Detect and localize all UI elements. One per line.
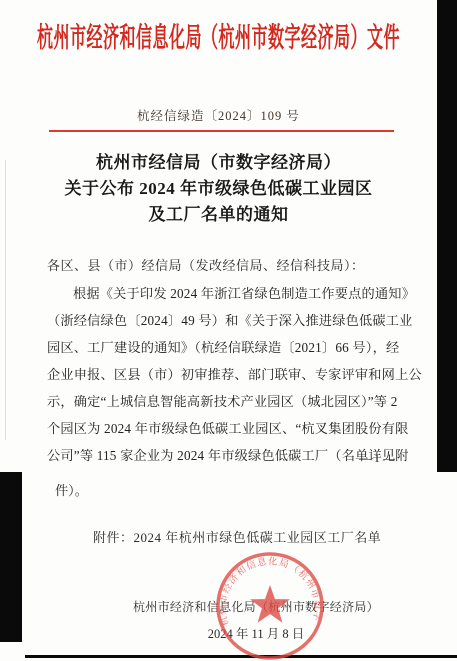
body-line: 个园区为 2024 年市级绿色低碳工业园区、“杭叉集团股份有限 [47,415,405,442]
title-line-3: 及工厂名单的通知 [0,202,437,228]
title-line-2: 关于公布 2024 年市级绿色低碳工业园区 [0,176,437,202]
photo-edge-left-page2 [0,472,22,642]
body-paragraph: 根据《关于印发 2024 年浙江省绿色制造工作要点的通知》 （浙经信绿色〔202… [47,280,405,469]
page-number: — 1 — [300,451,395,466]
red-separator-rule [49,130,394,132]
body-line: 根据《关于印发 2024 年浙江省绿色制造工作要点的通知》 [47,280,405,307]
official-seal: 杭州市经济和信息化局（杭州市数字经济局） [213,549,327,661]
body-line: 示，确定“上城信息智能高新技术产业园区（城北园区）”等 2 [47,388,405,415]
seal-star-icon [250,585,290,623]
attachment-line: 附件：2024 年杭州市绿色低碳工业园区工厂名单 [93,527,381,546]
document-number: 杭经信绿造〔2024〕109 号 [0,106,437,124]
document-scan: 杭州市经济和信息化局（杭州市数字经济局）文件 杭经信绿造〔2024〕109 号 … [0,0,457,661]
body-line: 企业申报、区县（市）初审推荐、部门联审、专家评审和网上公 [47,361,405,388]
letterhead-text: 杭州市经济和信息化局（杭州市数字经济局）文件 [37,16,400,55]
continuation-text: 件）。 [55,480,88,499]
seal-arc-text: 杭州市经济和信息化局（杭州市数字经济局） [213,549,324,627]
addressee-line: 各区、县（市）经信局（发改经信局、经信科技局）： [47,255,417,274]
letterhead-title: 杭州市经济和信息化局（杭州市数字经济局）文件 [0,24,437,47]
title-line-1: 杭州市经信局（市数字经济局） [0,150,437,176]
document-title: 杭州市经信局（市数字经济局） 关于公布 2024 年市级绿色低碳工业园区 及工厂… [0,150,437,228]
body-line: 园区、工厂建设的通知》（杭经信联绿造〔2021〕66 号），经 [47,334,405,361]
body-line: （浙经信绿色〔2024〕49 号）和《关于深入推进绿色低碳工业 [47,307,405,334]
photo-edge-right-page1 [437,0,457,472]
